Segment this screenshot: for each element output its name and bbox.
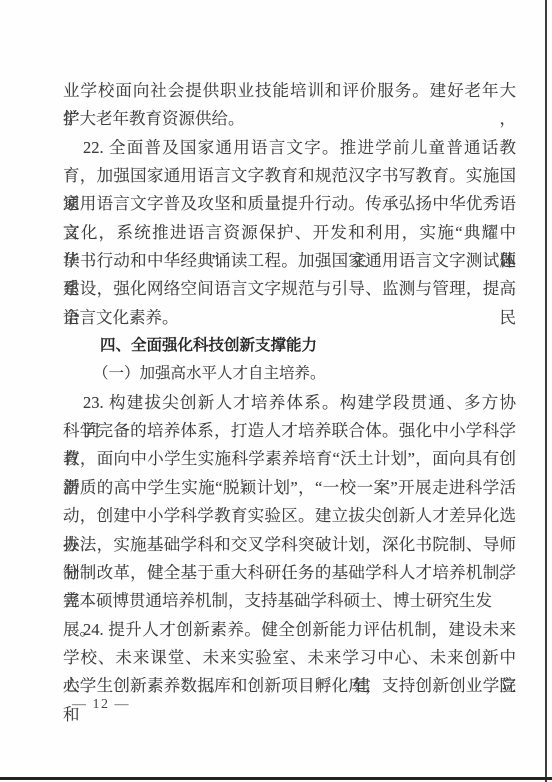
doc-line-item-24: 24. 提升人才创新素养。健全创新能力评估机制，建设未来 <box>63 616 516 644</box>
doc-line-item-22: 22. 全面普及国家通用语言文字。推进学前儿童普通话教 <box>63 134 516 162</box>
section-heading: 四、全面强化科技创新支撑能力 <box>63 332 516 360</box>
doc-line: 业学校面向社会提供职业技能培训和评价服务。建好老年大学， <box>63 77 516 105</box>
doc-line: 通用语言文字普及攻坚和质量提升行动。传承弘扬中华优秀语言 <box>63 190 516 218</box>
doc-line: 育，面向中小学生实施科学素养培育“沃土计划”，面向具有创新 <box>63 445 516 473</box>
scan-edge-line-right <box>545 0 547 782</box>
doc-line: 善本硕博贯通培养机制，支持基础学科硕士、博士研究生发展。 <box>63 587 516 615</box>
doc-line: 育，加强国家通用语言文字教育和规范汉字书写教育。实施国家 <box>63 162 516 190</box>
scan-edge-line-bottom <box>0 777 552 780</box>
doc-line: 文化，系统推进语言资源保护、开发和利用，实施“典耀中华”主题 <box>63 219 516 247</box>
doc-line-item-23: 23. 构建拔尖创新人才培养体系。构建学段贯通、多方协同、 <box>63 389 516 417</box>
doc-line: 学校、未来课堂、未来实验室、未来学习中心、未来创新中心。建立 <box>63 644 516 672</box>
doc-line: 动，创建中小学科学教育实验区。建立拔尖创新人才差异化选拔 <box>63 502 516 530</box>
subsection-heading: （一）加强高水平人才自主培养。 <box>63 360 516 388</box>
doc-line: 读书行动和中华经典诵读工程。加强国家通用语言文字测试体系 <box>63 247 516 275</box>
document-page: 业学校面向社会提供职业技能培训和评价服务。建好老年大学， 扩大老年教育资源供给。… <box>0 0 552 782</box>
doc-line: 潜质的高中学生实施“脱颖计划”，“一校一案”开展走进科学活 <box>63 474 516 502</box>
page-number: — 12 — <box>72 697 130 713</box>
doc-line: 大学生创新素养数据库和创新项目孵化库，支持创新创业学院和 <box>63 672 516 700</box>
doc-line: 办法，实施基础学科和交叉学科突破计划，深化书院制、导师制、学 <box>63 531 516 559</box>
doc-line: 科学完备的培养体系，打造人才培养联合体。强化中小学科学教 <box>63 417 516 445</box>
text-block: 业学校面向社会提供职业技能培训和评价服务。建好老年大学， 扩大老年教育资源供给。… <box>63 77 516 701</box>
doc-line: 建设，强化网络空间语言文字规范与引导、监测与管理，提高全民 <box>63 275 516 303</box>
doc-line: 分制改革，健全基于重大科研任务的基础学科人才培养机制。完 <box>63 559 516 587</box>
